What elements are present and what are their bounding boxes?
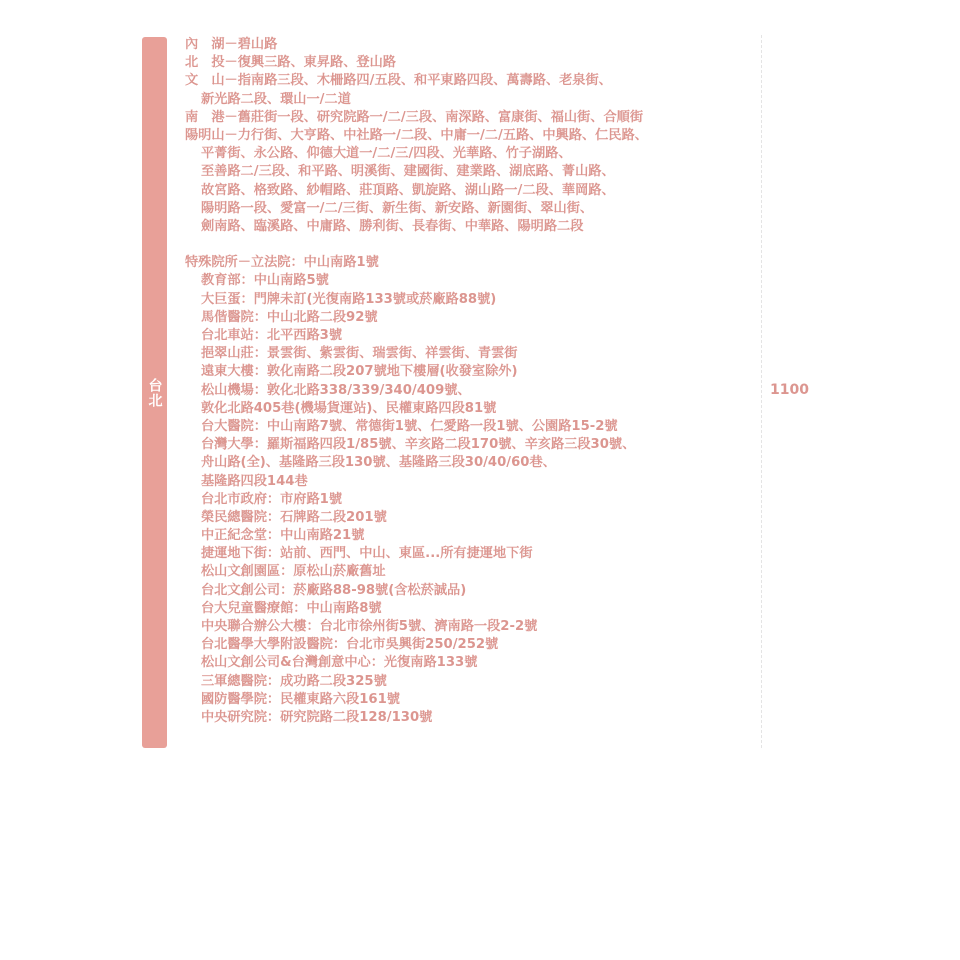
special-item: 基隆路四段144巷 (185, 473, 745, 491)
special-item: 中正紀念堂：中山南路21號 (185, 527, 745, 545)
special-item: 三軍總醫院：成功路二段325號 (185, 673, 745, 691)
special-item: 台北車站：北平西路3號 (185, 327, 745, 345)
district-yangmingshan-cont: 至善路二/三段、和平路、明溪街、建國街、建業路、湖底路、菁山路、 (185, 163, 745, 181)
district-yangmingshan-cont: 平菁街、永公路、仰德大道一/二/三/四段、光華路、竹子湖路、 (185, 145, 745, 163)
special-item: 台北醫學大學附設醫院：台北市吳興街250/252號 (185, 636, 745, 654)
region-label: 台北 (148, 378, 162, 408)
special-item: 教育部：中山南路5號 (185, 272, 745, 290)
special-item: 舟山路(全)、基隆路三段130號、基隆路三段30/40/60巷、 (185, 454, 745, 472)
special-item: 台大兒童醫療館：中山南路8號 (185, 600, 745, 618)
district-neihu: 內 湖－碧山路 (185, 36, 745, 54)
special-item: 松山文創公司&台灣創意中心：光復南路133號 (185, 654, 745, 672)
special-item: 台北市政府：市府路1號 (185, 491, 745, 509)
special-item: 馬偕醫院：中山北路二段92號 (185, 309, 745, 327)
special-item: 松山機場：敦化北路338/339/340/409號、 (185, 382, 745, 400)
special-item: 台大醫院：中山南路7號、常德街1號、仁愛路一段1號、公園路15-2號 (185, 418, 745, 436)
district-yangmingshan: 陽明山－力行街、大亨路、中社路一/二段、中庸一/二/五路、中興路、仁民路、 (185, 127, 745, 145)
column-divider (761, 35, 762, 748)
district-nangang: 南 港－舊莊街一段、研究院路一/二/三段、南深路、富康街、福山街、合順街 (185, 109, 745, 127)
special-item: 松山文創園區：原松山菸廠舊址 (185, 563, 745, 581)
special-item: 榮民總醫院：石牌路二段201號 (185, 509, 745, 527)
special-item: 中央研究院：研究院路二段128/130號 (185, 709, 745, 727)
district-wenshan-cont: 新光路二段、環山一/二道 (185, 91, 745, 109)
address-list: 內 湖－碧山路 北 投－復興三路、東昇路、登山路 文 山－指南路三段、木柵路四/… (185, 36, 745, 727)
special-item: 遠東大樓：敦化南路二段207號地下樓層(收發室除外) (185, 363, 745, 381)
special-header: 特殊院所－立法院：中山南路1號 (185, 254, 745, 272)
special-item: 大巨蛋：門牌未訂(光復南路133號或菸廠路88號) (185, 291, 745, 309)
spacer (185, 236, 745, 254)
region-bar-taipei: 台北 (142, 37, 167, 748)
special-item: 國防醫學院：民權東路六段161號 (185, 691, 745, 709)
special-item: 中央聯合辦公大樓：台北市徐州街5號、濟南路一段2-2號 (185, 618, 745, 636)
district-yangmingshan-cont: 劍南路、臨溪路、中庸路、勝利街、長春街、中華路、陽明路二段 (185, 218, 745, 236)
district-beitou: 北 投－復興三路、東昇路、登山路 (185, 54, 745, 72)
district-wenshan: 文 山－指南路三段、木柵路四/五段、和平東路四段、萬壽路、老泉街、 (185, 72, 745, 90)
price-value: 1100 (770, 382, 809, 398)
special-item: 台北文創公司：菸廠路88-98號(含松菸誠品) (185, 582, 745, 600)
special-item: 挹翠山莊：景雲街、紫雲街、瑞雲街、祥雲街、青雲街 (185, 345, 745, 363)
special-item: 捷運地下街：站前、西門、中山、東區...所有捷運地下街 (185, 545, 745, 563)
district-yangmingshan-cont: 故宮路、格致路、紗帽路、莊頂路、凱旋路、湖山路一/二段、華岡路、 (185, 182, 745, 200)
special-item: 敦化北路405巷(機場貨運站)、民權東路四段81號 (185, 400, 745, 418)
special-item: 台灣大學：羅斯福路四段1/85號、辛亥路二段170號、辛亥路三段30號、 (185, 436, 745, 454)
district-yangmingshan-cont: 陽明路一段、愛富一/二/三街、新生街、新安路、新園街、翠山街、 (185, 200, 745, 218)
